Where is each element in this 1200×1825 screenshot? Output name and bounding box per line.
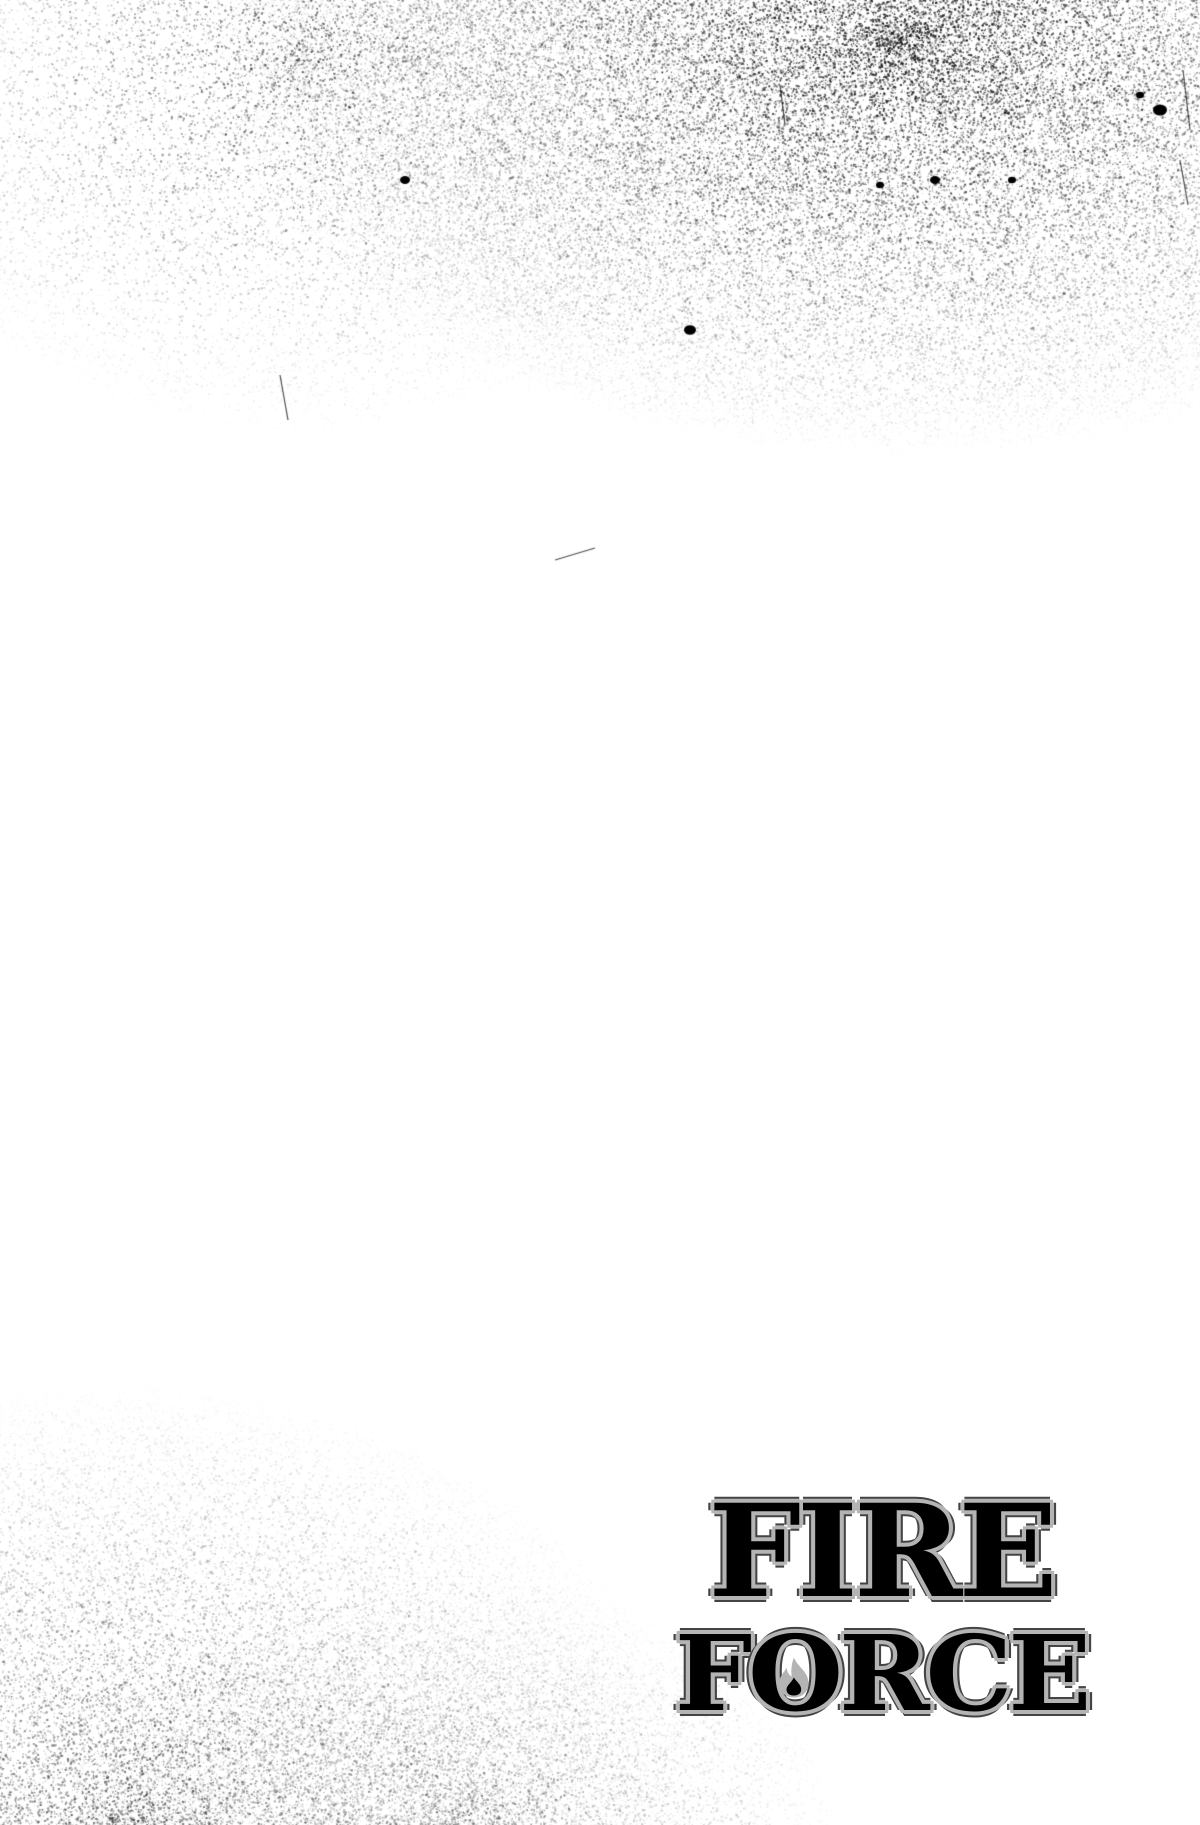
fire-force-logo: FIRE FORCE (662, 1488, 1100, 1718)
logo-line-fire: FIRE (658, 1488, 1105, 1616)
flame-icon (775, 1656, 813, 1700)
logo-letter-o: O (748, 1622, 839, 1726)
logo-letter-f: F (675, 1612, 748, 1735)
logo-line-force: FORCE (651, 1622, 1111, 1726)
logo-letters-rce: RCE (839, 1612, 1087, 1735)
